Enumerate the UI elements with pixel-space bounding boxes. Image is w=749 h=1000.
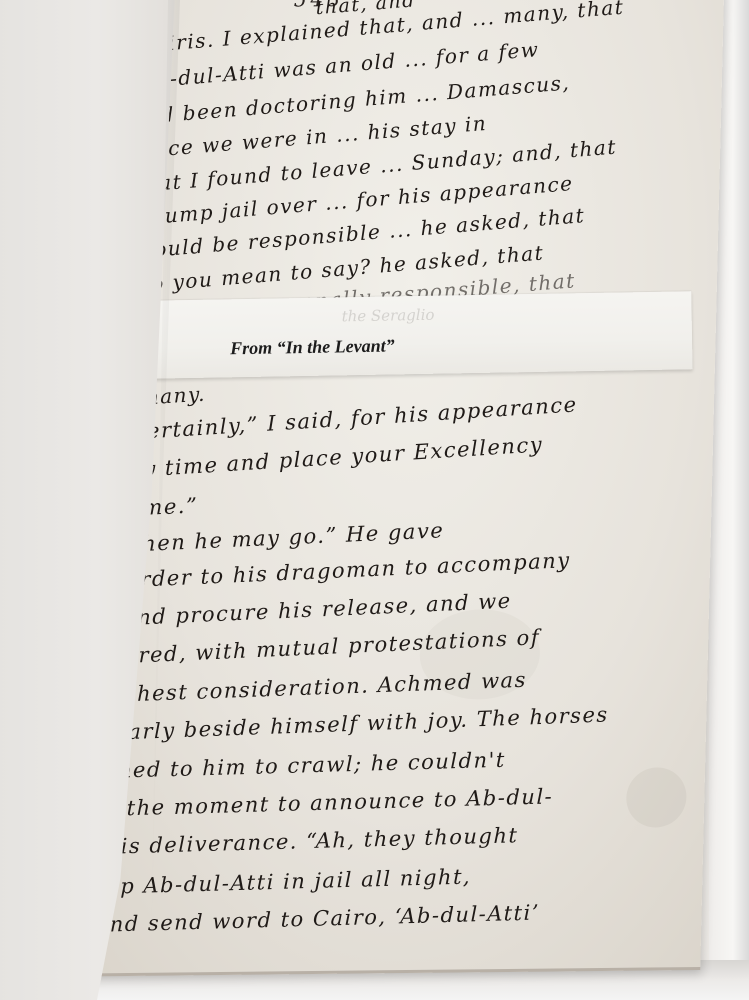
- label-show-through-text: the Seraglio: [341, 306, 434, 326]
- handwritten-line: keep Ab-dul-Atti in jail all night,: [78, 865, 471, 900]
- handwritten-line: ...med to him to crawl; he couldn't: [87, 748, 506, 784]
- handwritten-line: ...and send word to Cairo, ‘Ab-dul-Atti’: [71, 900, 540, 937]
- photo-scene: 543 that, and ...iris. I explained that,…: [0, 0, 749, 1000]
- handwritten-line: highest consideration. Achmed was: [99, 668, 527, 708]
- handwritten-line: ...his deliverance. “Ah, they thought: [81, 823, 518, 859]
- handwritten-line: “Then he may go.” He gave: [114, 518, 444, 557]
- label-title: From “In the Levant”: [230, 335, 395, 359]
- handwritten-line: ...early beside himself with joy. The ho…: [90, 702, 609, 745]
- paper-stain: [626, 767, 687, 828]
- handwritten-line: ...order to his dragoman to accompany: [102, 548, 571, 593]
- printed-label-strip: the Seraglio From “In the Levant”: [131, 291, 692, 379]
